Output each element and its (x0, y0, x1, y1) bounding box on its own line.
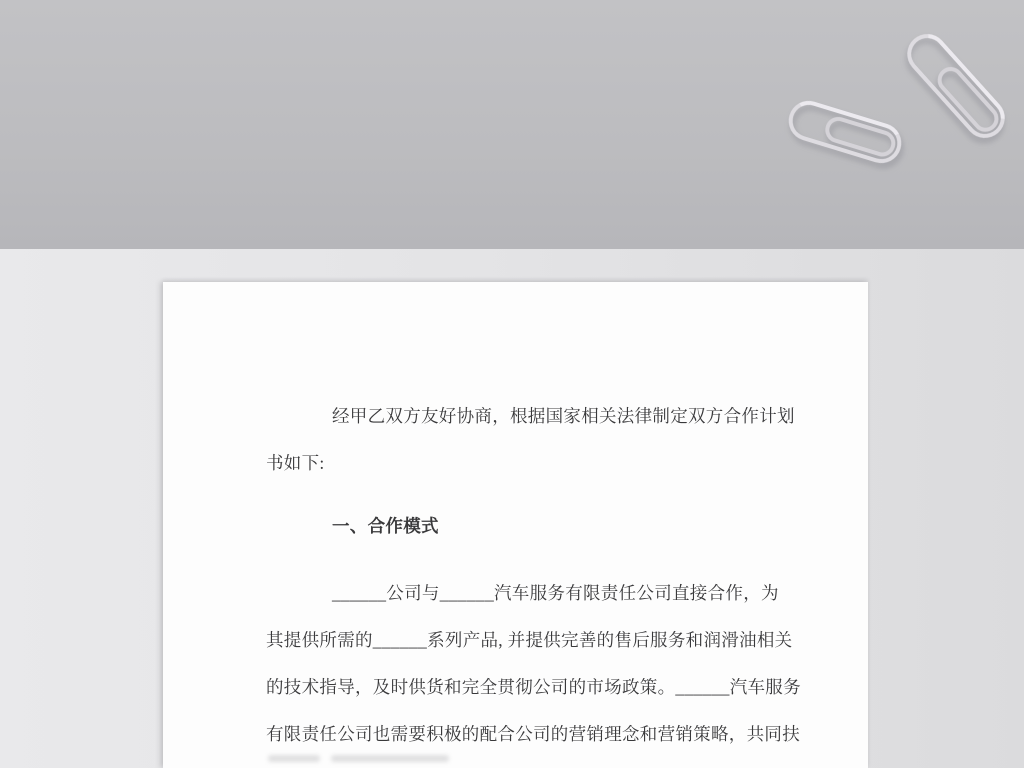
paperclip-icon (899, 26, 1013, 146)
intro-paragraph-line-2: 书如下: (266, 440, 786, 487)
document-page: 经甲乙双方友好协商，根据国家相关法律制定双方合作计划 书如下: 一、合作模式 _… (163, 282, 868, 768)
document-preview-scene: 经甲乙双方友好协商，根据国家相关法律制定双方合作计划 书如下: 一、合作模式 _… (0, 0, 1024, 768)
body-paragraph-line-4: 有限责任公司也需要积极的配合公司的营销理念和营销策略，共同扶 (266, 711, 786, 758)
body-paragraph-line-1: ______公司与______汽车服务有限责任公司直接合作，为 (266, 570, 786, 617)
clipped-text-line (268, 755, 320, 762)
intro-paragraph-line-1: 经甲乙双方友好协商，根据国家相关法律制定双方合作计划 (266, 393, 786, 440)
body-paragraph-line-3: 的技术指导，及时供货和完全贯彻公司的市场政策。______汽车服务 (266, 664, 786, 711)
backdrop-top-band (0, 0, 1024, 249)
paperclip-icon (784, 96, 907, 168)
body-paragraph-line-2: 其提供所需的______系列产品, 并提供完善的售后服务和润滑油相关 (266, 617, 786, 664)
document-body: 经甲乙双方友好协商，根据国家相关法律制定双方合作计划 书如下: 一、合作模式 _… (163, 282, 868, 758)
section-heading-cooperation-mode: 一、合作模式 (266, 503, 786, 550)
clipped-text-line (331, 755, 449, 762)
